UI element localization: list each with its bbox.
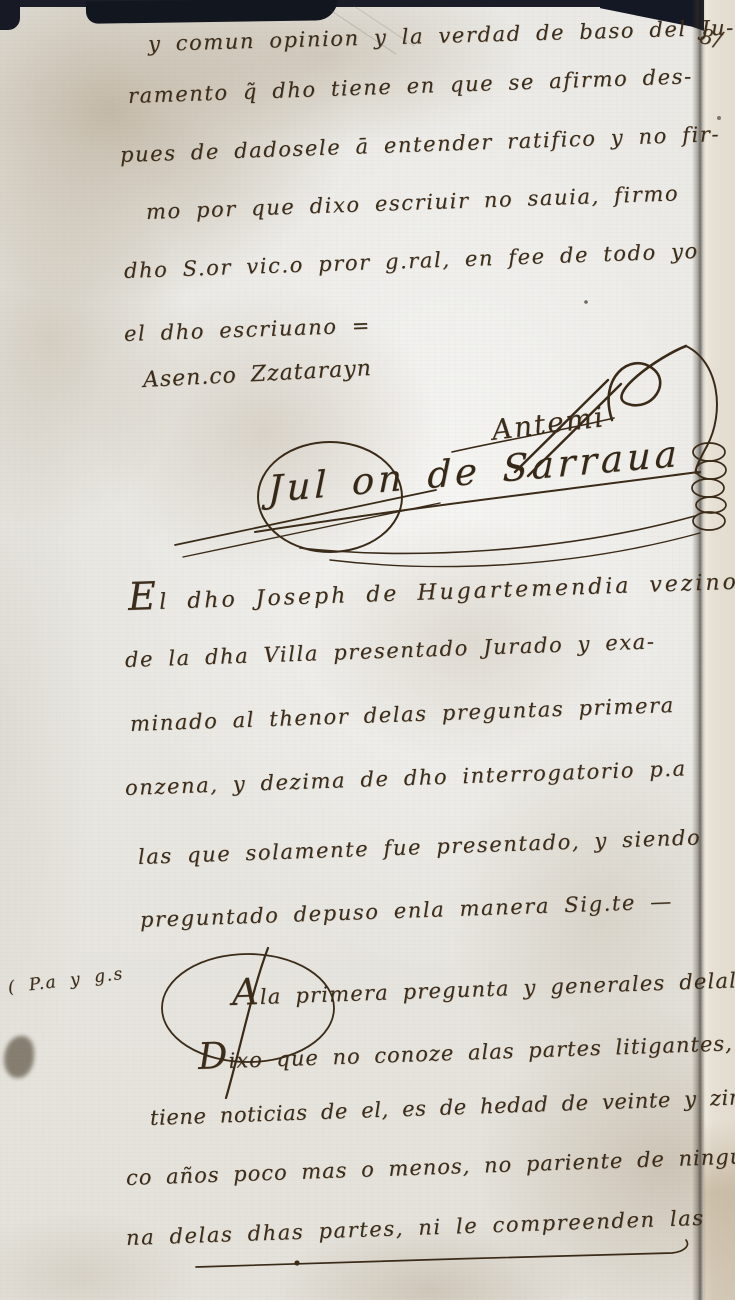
top-left-corner-shadow: [0, 0, 20, 30]
top-left-dark-edge: [86, 0, 338, 24]
manuscript-photo: 8/ y comun opinion y la verdad de baso d…: [0, 0, 735, 1300]
